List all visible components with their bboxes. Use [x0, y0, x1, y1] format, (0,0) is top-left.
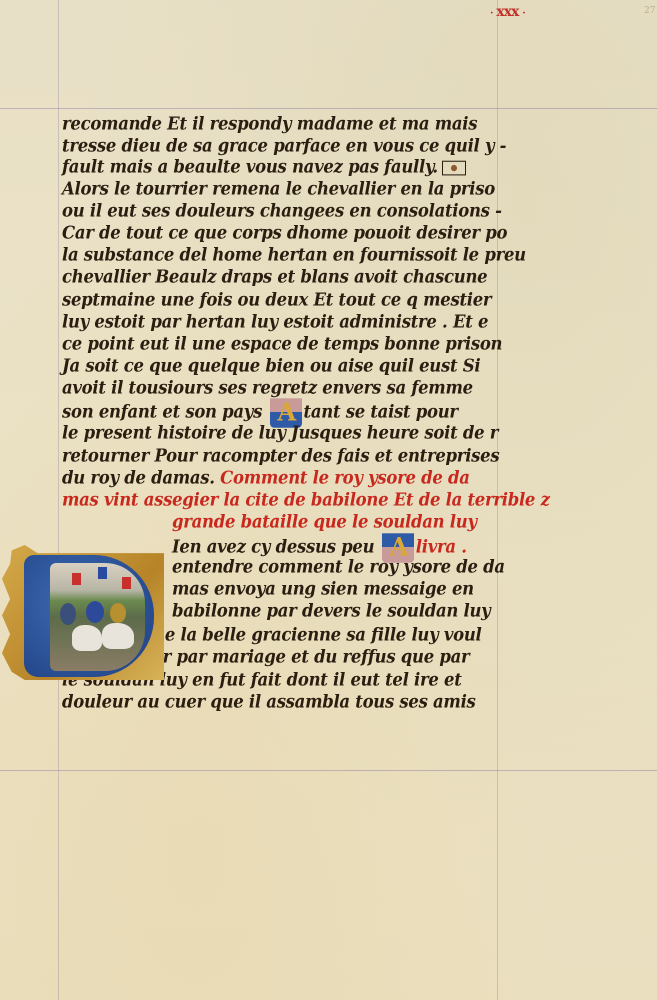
text-line: septmaine une fois ou deux Et tout ce q … [62, 290, 491, 310]
text-line: ou il eut ses douleurs changees en conso… [62, 201, 502, 221]
text-line: Car de tout ce que corps dhome pouoit de… [62, 223, 507, 243]
rubric-line: mas vint assegier la cite de babilone Et… [62, 490, 550, 510]
manuscript-page: · xxx · 27 recomande Et il respondy mada… [0, 0, 657, 1000]
horse [72, 625, 102, 651]
horse [102, 623, 134, 649]
ruling-top [0, 108, 657, 109]
text-line: chevallier Beaulz draps et blans avoit c… [62, 267, 487, 287]
page-number: 27 [644, 6, 655, 16]
battle-scene-image [50, 563, 145, 671]
text-line: babilonne par devers le souldan luy [172, 601, 490, 621]
text-line: du roy de damas. Comment le roy ysore de… [62, 468, 470, 488]
text-line: Alors le tourrier remena le chevallier e… [62, 179, 495, 199]
text-line: le present histoire de luy Jusques heure… [62, 423, 498, 443]
text-line: douleur au cuer que il assambla tous ses… [62, 692, 476, 712]
folio-number: · xxx · [490, 4, 525, 20]
text-line: avoit il tousiours ses regretz envers sa… [62, 378, 473, 398]
historiated-initial-b [2, 545, 164, 680]
text-line: fault mais a beaulte vous navez pas faul… [62, 157, 466, 177]
text-line: Ja soit ce que quelque bien ou aise quil… [62, 356, 480, 376]
text-line: luy estoit par hertan luy estoit adminis… [62, 312, 488, 332]
text-line: recomande Et il respondy madame et ma ma… [62, 114, 477, 134]
text-line: tresse dieu de sa grace parface en vous … [62, 136, 506, 156]
ruling-left [58, 0, 59, 1000]
text-line: la substance del home hertan en fourniss… [62, 245, 526, 265]
rubric-line: grande bataille que le souldan luy [172, 512, 477, 532]
ruling-bottom [0, 770, 657, 771]
line-filler-box-icon [442, 160, 466, 175]
text-line: retourner Pour racompter des fais et ent… [62, 446, 499, 466]
text-line: mas envoya ung sien messaige en [172, 579, 474, 599]
flag-icon [122, 577, 131, 589]
text-line: entendre comment le roy ysore de da [172, 557, 505, 577]
folio-roman: xxx [496, 4, 518, 20]
flag-icon [72, 573, 81, 585]
rubric: Comment le roy ysore de da [220, 468, 469, 488]
flag-icon [98, 567, 107, 579]
text-line: ce point eut il une espace de temps bonn… [62, 334, 502, 354]
